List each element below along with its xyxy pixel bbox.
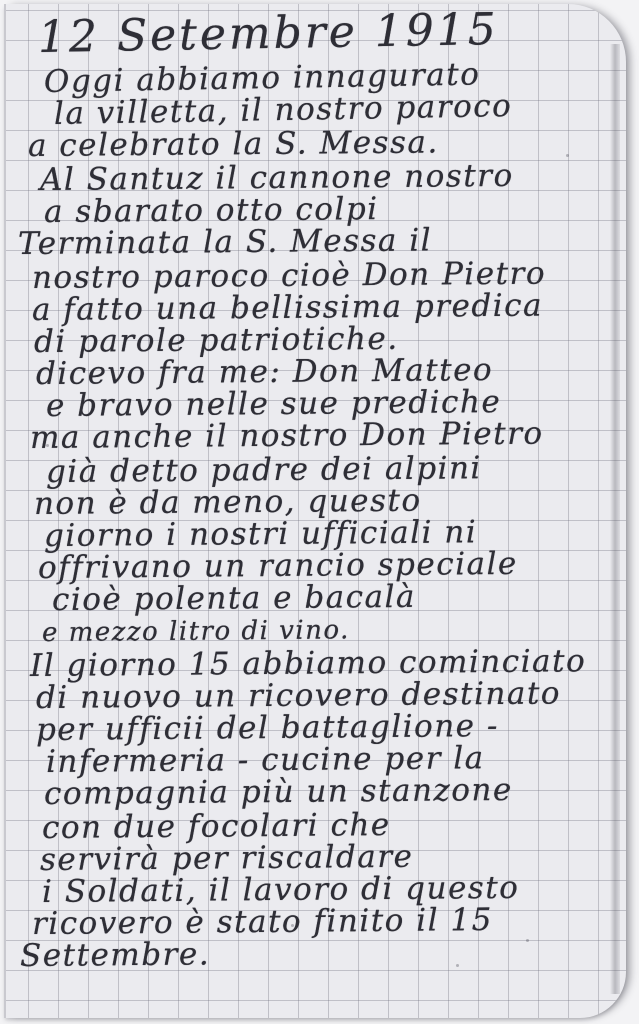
paper-speck <box>566 154 569 157</box>
diary-line: e mezzo litro di vino. <box>42 615 350 648</box>
diary-line: ricovero è stato finito il 15 <box>32 902 493 942</box>
notebook-page: 12 Setembre 1915 Oggi abbiamo innagurato… <box>4 4 626 1018</box>
diary-date-heading: 12 Setembre 1915 <box>38 4 500 63</box>
scanned-document: 12 Setembre 1915 Oggi abbiamo innagurato… <box>0 0 639 1024</box>
paper-speck <box>456 964 459 967</box>
diary-line: compagnia più un stanzone <box>44 772 513 812</box>
paper-speck <box>526 939 529 942</box>
diary-line: Settembre. <box>20 936 210 974</box>
diary-line: cioè polenta e bacalà <box>52 579 416 618</box>
page-edge-shadow <box>610 44 620 994</box>
diary-line: a celebrato la S. Messa. <box>28 124 439 164</box>
